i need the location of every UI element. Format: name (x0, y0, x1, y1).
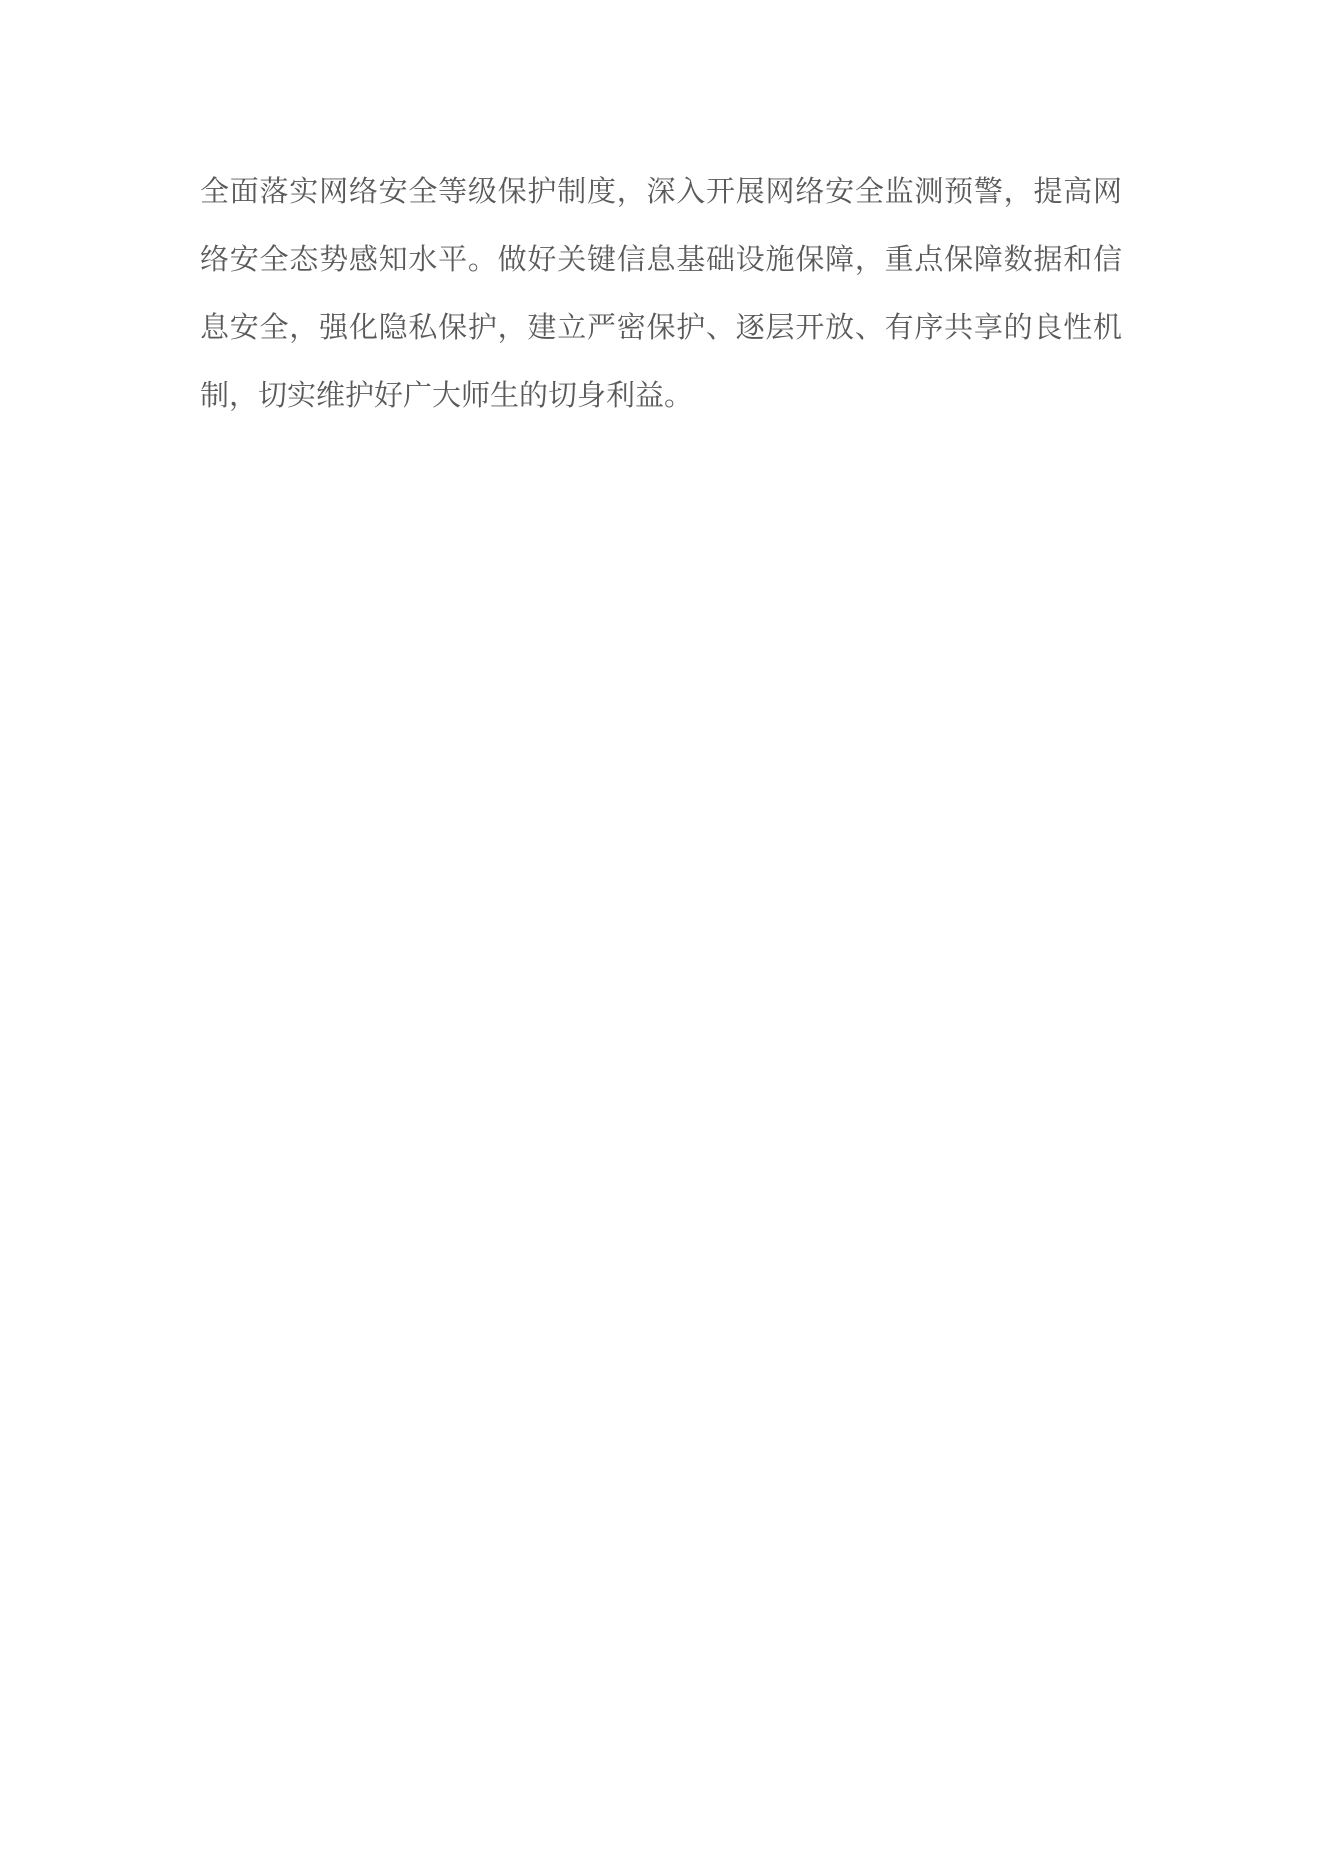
document-paragraph: 全面落实网络安全等级保护制度，深入开展网络安全监测预警，提高网络安全态势感知水平… (200, 158, 1122, 430)
document-page: 全面落实网络安全等级保护制度，深入开展网络安全监测预警，提高网络安全态势感知水平… (0, 0, 1323, 1871)
